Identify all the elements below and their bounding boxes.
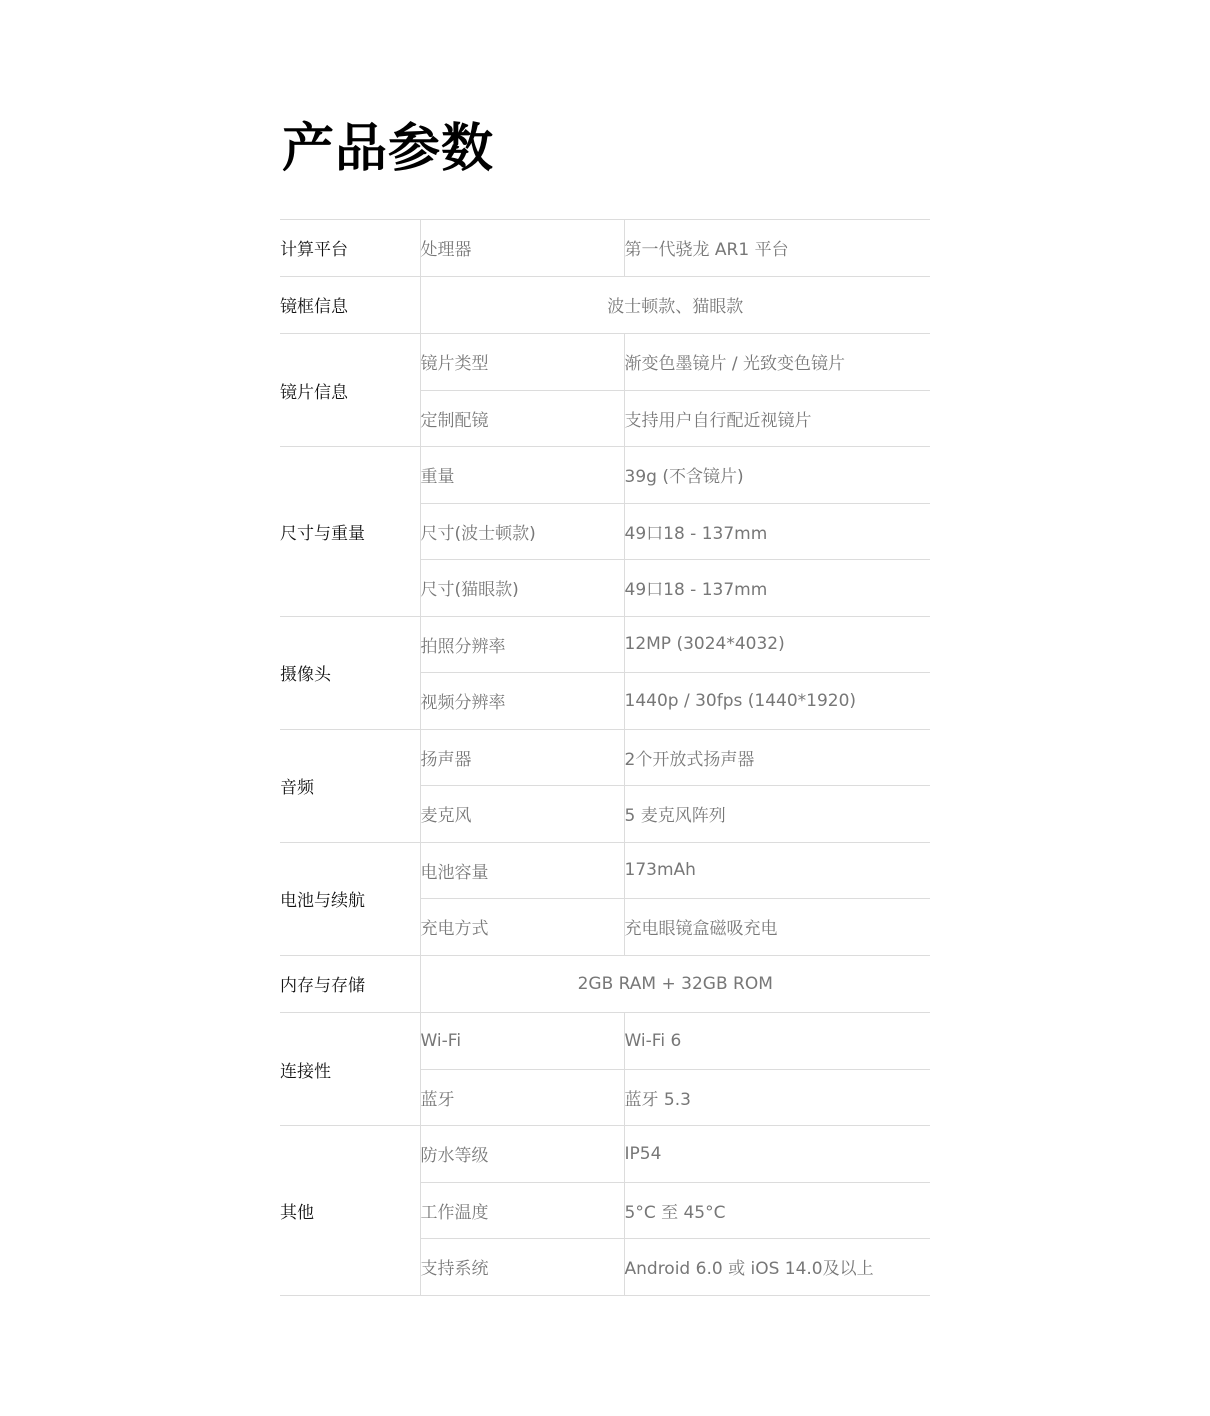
key-cell: 重量	[420, 447, 624, 504]
value-cell: 5 麦克风阵列	[624, 786, 930, 843]
key-cell: 充电方式	[420, 899, 624, 956]
value-cell: 支持用户自行配近视镜片	[624, 390, 930, 447]
value-cell: 第一代骁龙 AR1 平台	[624, 220, 930, 277]
key-cell: 视频分辨率	[420, 673, 624, 730]
key-cell: 定制配镜	[420, 390, 624, 447]
value-cell: 49口18 - 137mm	[624, 560, 930, 617]
category-cell: 电池与续航	[280, 842, 420, 955]
page-title: 产品参数	[282, 106, 494, 181]
value-cell: 充电眼镜盒磁吸充电	[624, 899, 930, 956]
table-row: 镜片信息 镜片类型 渐变色墨镜片 / 光致变色镜片	[280, 334, 930, 391]
key-cell: 尺寸(猫眼款)	[420, 560, 624, 617]
value-cell: 蓝牙 5.3	[624, 1069, 930, 1126]
category-cell: 摄像头	[280, 616, 420, 729]
category-cell: 计算平台	[280, 220, 420, 277]
key-cell: 支持系统	[420, 1239, 624, 1296]
key-cell: 镜片类型	[420, 334, 624, 391]
table-row: 尺寸与重量 重量 39g (不含镜片)	[280, 447, 930, 504]
table-row: 摄像头 拍照分辨率 12MP (3024*4032)	[280, 616, 930, 673]
category-cell: 音频	[280, 729, 420, 842]
key-cell: 扬声器	[420, 729, 624, 786]
category-cell: 其他	[280, 1126, 420, 1296]
spec-table: 计算平台 处理器 第一代骁龙 AR1 平台 镜框信息 波士顿款、猫眼款 镜片信息…	[280, 219, 930, 1296]
key-cell: 尺寸(波士顿款)	[420, 503, 624, 560]
table-row: 计算平台 处理器 第一代骁龙 AR1 平台	[280, 220, 930, 277]
key-cell: Wi-Fi	[420, 1013, 624, 1070]
merged-value-cell: 波士顿款、猫眼款	[420, 276, 930, 334]
value-cell: IP54	[624, 1126, 930, 1183]
table-row: 音频 扬声器 2个开放式扬声器	[280, 729, 930, 786]
table-row: 其他 防水等级 IP54	[280, 1126, 930, 1183]
value-cell: Wi-Fi 6	[624, 1013, 930, 1070]
table-row: 镜框信息 波士顿款、猫眼款	[280, 276, 930, 334]
key-cell: 处理器	[420, 220, 624, 277]
value-cell: 49口18 - 137mm	[624, 503, 930, 560]
key-cell: 拍照分辨率	[420, 616, 624, 673]
category-cell: 镜框信息	[280, 276, 420, 334]
value-cell: 2个开放式扬声器	[624, 729, 930, 786]
value-cell: 5°C 至 45°C	[624, 1182, 930, 1239]
key-cell: 电池容量	[420, 842, 624, 899]
value-cell: 39g (不含镜片)	[624, 447, 930, 504]
table-row: 电池与续航 电池容量 173mAh	[280, 842, 930, 899]
key-cell: 工作温度	[420, 1182, 624, 1239]
value-cell: Android 6.0 或 iOS 14.0及以上	[624, 1239, 930, 1296]
category-cell: 连接性	[280, 1013, 420, 1126]
value-cell: 173mAh	[624, 842, 930, 899]
value-cell: 渐变色墨镜片 / 光致变色镜片	[624, 334, 930, 391]
category-cell: 镜片信息	[280, 334, 420, 447]
key-cell: 蓝牙	[420, 1069, 624, 1126]
table-row: 连接性 Wi-Fi Wi-Fi 6	[280, 1013, 930, 1070]
merged-value-cell: 2GB RAM + 32GB ROM	[420, 955, 930, 1013]
value-cell: 12MP (3024*4032)	[624, 616, 930, 673]
table-row: 内存与存储 2GB RAM + 32GB ROM	[280, 955, 930, 1013]
key-cell: 防水等级	[420, 1126, 624, 1183]
category-cell: 尺寸与重量	[280, 447, 420, 617]
key-cell: 麦克风	[420, 786, 624, 843]
value-cell: 1440p / 30fps (1440*1920)	[624, 673, 930, 730]
category-cell: 内存与存储	[280, 955, 420, 1013]
